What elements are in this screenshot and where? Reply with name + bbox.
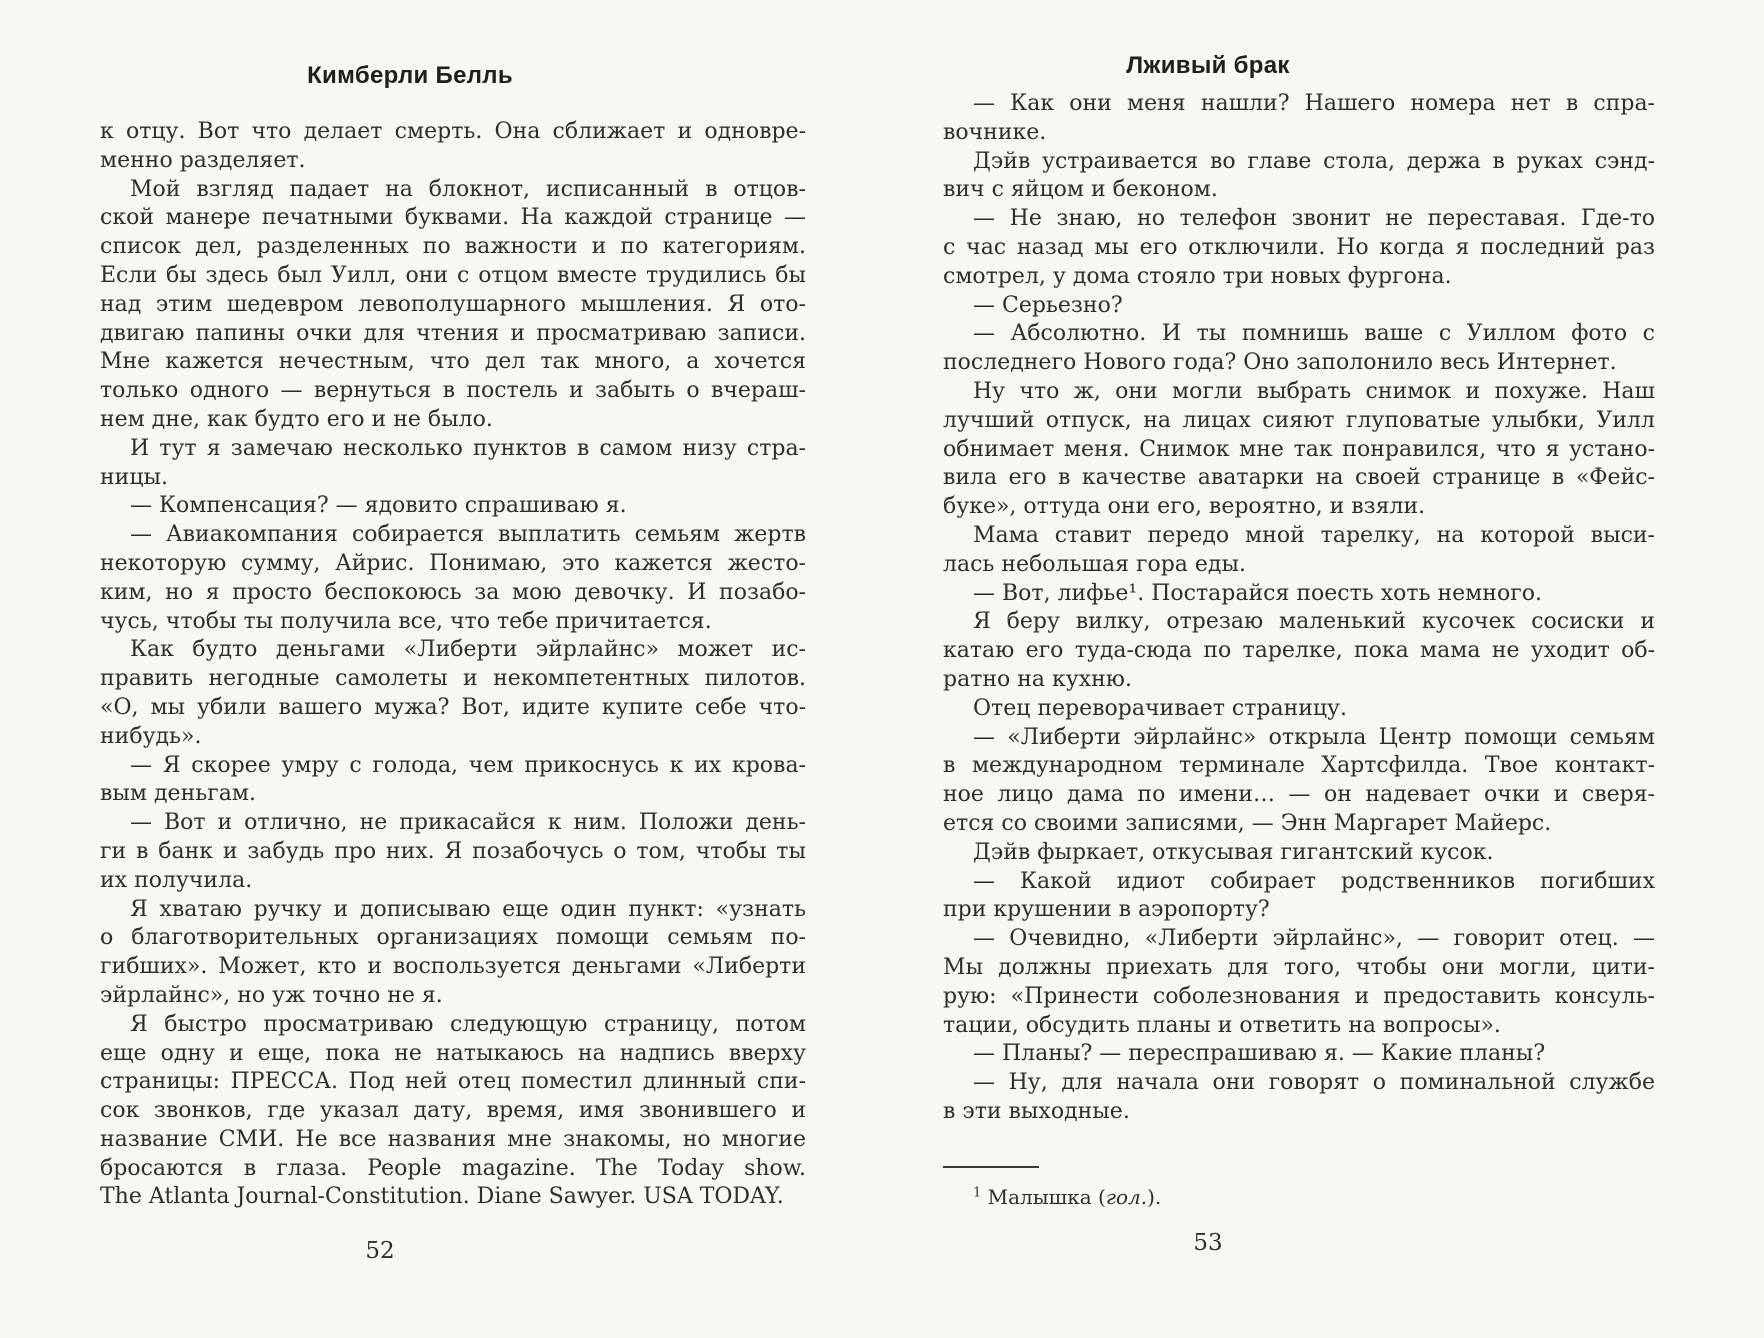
text-line: — Не знаю, но телефон звонит не перестав… [943,205,1655,234]
text-line: — «Либерти эйрлайнс» открыла Центр помощ… [943,724,1655,753]
text-line: вила его в качестве аватарки на своей ст… [943,464,1655,493]
text-line: ное лицо дама по имени… — он надевает оч… [943,781,1655,810]
text-line: смотрел, у дома стояло три новых фургона… [943,263,1655,292]
text-line: в эти выходные. [943,1098,1655,1127]
right-page-body: — Как они меня нашли? Нашего номера нет … [943,90,1655,1127]
text-line: страницы: ПРЕССА. Под ней отец поместил … [100,1068,806,1097]
right-running-header: Лживый брак [943,52,1473,80]
text-line: сок звонков, где указал дату, время, имя… [100,1097,806,1126]
text-line: Дэйв фыркает, откусывая гигантский кусок… [943,839,1655,868]
left-running-header: Кимберли Белль [100,62,720,90]
text-line: о благотворительных организациях помощи … [100,924,806,953]
text-line: вочнике. [943,119,1655,148]
footnote-text-end: ). [1147,1185,1161,1209]
text-line: буке», оттуда они его, вероятно, и взяли… [943,493,1655,522]
text-line: — Серьезно? [943,292,1655,321]
footnote-rule [943,1166,1039,1168]
text-line: катаю его туда-сюда по тарелке, пока мам… [943,637,1655,666]
text-line: Если бы здесь был Уилл, они с отцом вмес… [100,262,806,291]
text-line: — Компенсация? — ядовито спрашиваю я. [100,492,806,521]
text-line: вым деньгам. [100,780,806,809]
text-line: лучший отпуск, на лицах сияют глуповатые… [943,407,1655,436]
text-line: вич с яйцом и беконом. [943,176,1655,205]
text-line: ницы. [100,464,806,493]
text-line: «О, мы убили вашего мужа? Вот, идите куп… [100,694,806,723]
text-line: обнимает меня. Снимок мне так понравился… [943,436,1655,465]
text-line: — Вот и отлично, не прикасайся к ним. По… [100,809,806,838]
text-line: список дел, разделенных по важности и по… [100,233,806,262]
footnote: 1 Малышка (гол.). [943,1184,1653,1210]
left-page-number: 52 [100,1238,660,1264]
text-line: Мы должны приехать для того, чтобы они м… [943,954,1655,983]
text-line: лась небольшая гора еды. [943,551,1655,580]
text-line: Я быстро просматриваю следующую страницу… [100,1011,806,1040]
text-line: тации, обсудить планы и ответить на вопр… [943,1012,1655,1041]
text-line: — Планы? — переспрашиваю я. — Какие план… [943,1040,1655,1069]
text-line: ской манере печатными буквами. На каждой… [100,204,806,233]
text-line: эйрлайнс», но уж точно не я. [100,982,806,1011]
text-line: только одного — вернуться в постель и за… [100,377,806,406]
text-line: нем дне, как будто его и не было. [100,406,806,435]
text-line: менно разделяет. [100,147,806,176]
left-page-body: к отцу. Вот что делает смерть. Она сближ… [100,118,806,1212]
text-line: последнего Нового года? Оно заполонило в… [943,349,1655,378]
text-line: к отцу. Вот что делает смерть. Она сближ… [100,118,806,147]
text-line: ким, но я просто беспокоюсь за мою девоч… [100,579,806,608]
book-spread: { "paper_color": "#f8f7f3", "ink_color":… [0,0,1764,1338]
text-line: — Вот, лифье¹. Постарайся поесть хоть не… [943,580,1655,609]
text-line: Дэйв устраивается во главе стола, держа … [943,148,1655,177]
text-line: править негодные самолеты и некомпетентн… [100,665,806,694]
footnote-text: Малышка ( [981,1185,1106,1209]
text-line: Отец переворачивает страницу. [943,695,1655,724]
text-line: гибших». Может, кто и воспользуется день… [100,953,806,982]
text-line: ратно на кухню. [943,666,1655,695]
text-line: в международном терминале Хартсфилда. Тв… [943,752,1655,781]
text-line: — Как они меня нашли? Нашего номера нет … [943,90,1655,119]
text-line: Мама ставит передо мной тарелку, на кото… [943,522,1655,551]
text-line: — Очевидно, «Либерти эйрлайнс», — говори… [943,925,1655,954]
text-line: ется со своими записями, — Энн Маргарет … [943,810,1655,839]
text-line: ги в банк и забудь про них. Я позабочусь… [100,838,806,867]
text-line: некоторую сумму, Айрис. Понимаю, это каж… [100,550,806,579]
text-line: двигаю папины очки для чтения и просматр… [100,320,806,349]
text-line: Ну что ж, они могли выбрать снимок и пох… [943,378,1655,407]
text-line: их получила. [100,867,806,896]
text-line: — Какой идиот собирает родственников пог… [943,868,1655,897]
text-line: чусь, чтобы ты получила все, что тебе пр… [100,608,806,637]
text-line: еще одну и еще, пока не натыкаюсь на над… [100,1040,806,1069]
text-line: Мне кажется нечестным, что дел так много… [100,348,806,377]
text-line: — Ну, для начала они говорят о поминальн… [943,1069,1655,1098]
text-line: Я хватаю ручку и дописываю еще один пунк… [100,896,806,925]
text-line: над этим шедевром левополушарного мышлен… [100,291,806,320]
footnote-language-note: гол. [1106,1185,1147,1209]
text-line: И тут я замечаю несколько пунктов в само… [100,435,806,464]
text-line: Я беру вилку, отрезаю маленький кусочек … [943,608,1655,637]
text-line: — Я скорее умру с голода, чем прикоснусь… [100,752,806,781]
text-line: рую: «Принести соболезнования и предоста… [943,983,1655,1012]
text-line: нибудь». [100,723,806,752]
text-line: с час назад мы его отключили. Но когда я… [943,234,1655,263]
text-line: при крушении в аэропорту? [943,896,1655,925]
text-line: бросаются в глаза. People magazine. The … [100,1155,806,1184]
text-line: — Авиакомпания собирается выплатить семь… [100,521,806,550]
text-line: Мой взгляд падает на блокнот, исписанный… [100,176,806,205]
text-line: название СМИ. Не все названия мне знаком… [100,1126,806,1155]
text-line: — Абсолютно. И ты помнишь ваше с Уиллом … [943,320,1655,349]
text-line: The Atlanta Journal-Constitution. Diane … [100,1183,806,1212]
text-line: Как будто деньгами «Либерти эйрлайнс» мо… [100,636,806,665]
right-page-number: 53 [943,1230,1473,1256]
